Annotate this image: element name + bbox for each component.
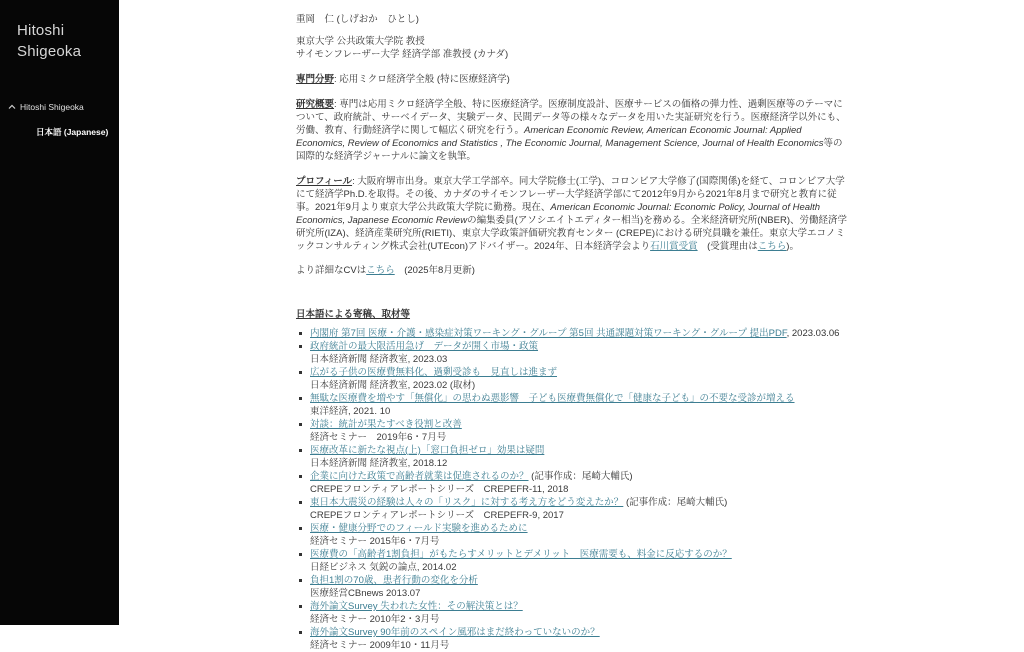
publication-link[interactable]: 政府統計の最大限活用急げ データが開く市場・政策 (310, 341, 538, 352)
publication-source: 東洋経済, 2021. 10 (310, 405, 850, 418)
affiliations: 東京大学 公共政策大学院 教授 サイモンフレーザー大学 経済学部 准教授 (カナ… (296, 35, 850, 61)
publication-link[interactable]: 内閣府 第7回 医療・介護・感染症対策ワーキング・グループ 第5回 共通課題対策… (310, 328, 787, 339)
affiliation-1: 東京大学 公共政策大学院 教授 (296, 35, 850, 48)
publication-item: 医療費の「高齢者1割負担」がもたらすメリットとデメリット 医療需要も、料金に反応… (296, 548, 850, 574)
publication-link[interactable]: 東日本大震災の経験は人々の「リスク」に対する考え方をどう変えたか？ (310, 497, 623, 508)
publication-link[interactable]: 海外論文Survey 失われた女性：その解決策とは？ (310, 601, 523, 612)
publication-item: 海外論文Survey 失われた女性：その解決策とは？ 経済セミナー 2010年2… (296, 600, 850, 625)
profile-text-4: )。 (786, 241, 799, 252)
research-paragraph: 研究概要: 専門は応用ミクロ経済学全般、特に医療経済学。医療制度設計、医療サービ… (296, 98, 850, 163)
publication-link[interactable]: 広がる子供の医療費無料化、過剰受診も 見直しは進まず (310, 367, 557, 378)
prize-reason-link[interactable]: こちら (758, 241, 787, 252)
publication-source: CREPEフロンティアレポートシリーズ CREPEFR-9, 2017 (310, 509, 850, 522)
publication-credit: (記事作成：尾崎大輔氏) (529, 471, 633, 482)
sidebar: Hitoshi Shigeoka Hitoshi Shigeoka 日本語 (J… (0, 0, 119, 625)
publication-source: 経済セミナー 2019年6・7月号 (310, 431, 850, 444)
publication-date: , 2023.03.06 (787, 328, 840, 339)
main-content: 重岡 仁 (しげおか ひとし) 東京大学 公共政策大学院 教授 サイモンフレーザ… (296, 0, 850, 625)
publication-source: 経済セミナー 2015年6・7月号 (310, 535, 850, 548)
sidebar-item-label: Hitoshi Shigeoka (20, 102, 84, 112)
profile-paragraph: プロフィール: 大阪府堺市出身。東京大学工学部卒。同大学院修士(工学)、コロンビ… (296, 175, 850, 253)
ishikawa-prize-link[interactable]: 石川賞受賞 (650, 241, 698, 252)
publication-item: 企業に向けた政策で高齢者就業は促進されるのか？ (記事作成：尾崎大輔氏) CRE… (296, 470, 850, 496)
chevron-up-icon[interactable] (7, 102, 17, 112)
publication-link[interactable]: 負担1割の70歳、患者行動の変化を分析 (310, 575, 478, 586)
publication-source: 医療経営CBnews 2013.07 (310, 587, 850, 600)
publication-source: 日経ビジネス 気鋭の論点, 2014.02 (310, 561, 850, 574)
publication-item: 医療改革に新たな視点(上)「窓口負担ゼロ」効果は疑問 日本経済新聞 経済教室, … (296, 444, 850, 470)
publications-list: 内閣府 第7回 医療・介護・感染症対策ワーキング・グループ 第5回 共通課題対策… (296, 327, 850, 625)
publication-source: 日本経済新聞 経済教室, 2023.03 (310, 353, 850, 366)
publication-item: 医療・健康分野でのフィールド実験を進めるために 経済セミナー 2015年6・7月… (296, 522, 850, 548)
publication-item: 対談：統計が果たすべき役割と改善 経済セミナー 2019年6・7月号 (296, 418, 850, 444)
publication-item: 負担1割の70歳、患者行動の変化を分析 医療経営CBnews 2013.07 (296, 574, 850, 600)
publication-source: 日本経済新聞 経済教室, 2018.12 (310, 457, 850, 470)
cv-link[interactable]: こちら (366, 265, 395, 276)
publication-item: 政府統計の最大限活用急げ データが開く市場・政策 日本経済新聞 経済教室, 20… (296, 340, 850, 366)
publication-source: 経済セミナー 2010年2・3月号 (310, 613, 850, 625)
sidebar-subitem-label: 日本語 (Japanese) (36, 127, 108, 137)
cv-text-1: より詳細なCVは (296, 265, 366, 276)
profile-label: プロフィール (296, 176, 352, 187)
publication-credit: (記事作成：尾崎大輔氏) (623, 497, 727, 508)
specialty-label: 専門分野 (296, 74, 334, 85)
publication-source: CREPEフロンティアレポートシリーズ CREPEFR-11, 2018 (310, 483, 850, 496)
publication-link[interactable]: 医療改革に新たな視点(上)「窓口負担ゼロ」効果は疑問 (310, 445, 544, 456)
site-title[interactable]: Hitoshi Shigeoka (0, 0, 119, 62)
publication-item: 内閣府 第7回 医療・介護・感染症対策ワーキング・グループ 第5回 共通課題対策… (296, 327, 850, 340)
research-label: 研究概要 (296, 99, 334, 110)
publication-link[interactable]: 医療費の「高齢者1割負担」がもたらすメリットとデメリット 医療需要も、料金に反応… (310, 549, 732, 560)
cv-line: より詳細なCVはこちら (2025年8月更新) (296, 264, 850, 277)
sidebar-item-home[interactable]: Hitoshi Shigeoka (0, 98, 119, 116)
sidebar-nav: Hitoshi Shigeoka 日本語 (Japanese) (0, 98, 119, 144)
affiliation-2: サイモンフレーザー大学 経済学部 准教授 (カナダ) (296, 48, 850, 61)
publication-link[interactable]: 無駄な医療費を増やす「無償化」の思わぬ悪影響 子ども医療費無償化で「健康な子ども… (310, 393, 795, 404)
sidebar-item-japanese[interactable]: 日本語 (Japanese) (0, 116, 119, 144)
publication-link[interactable]: 企業に向けた政策で高齢者就業は促進されるのか？ (310, 471, 529, 482)
publication-link[interactable]: 医療・健康分野でのフィールド実験を進めるために (310, 523, 528, 534)
specialty-line: 専門分野: 応用ミクロ経済学全般 (特に医療経済学) (296, 73, 850, 86)
specialty-text: : 応用ミクロ経済学全般 (特に医療経済学) (334, 74, 510, 85)
publication-item: 東日本大震災の経験は人々の「リスク」に対する考え方をどう変えたか？ (記事作成：… (296, 496, 850, 522)
cv-text-2: (2025年8月更新) (395, 265, 475, 276)
publications-heading: 日本語による寄稿、取材等 (296, 308, 850, 321)
publication-source: 日本経済新聞 経済教室, 2023.02 (取材) (310, 379, 850, 392)
publication-item: 広がる子供の医療費無料化、過剰受診も 見直しは進まず 日本経済新聞 経済教室, … (296, 366, 850, 392)
profile-text-3: (受賞理由は (698, 241, 758, 252)
publication-item: 無駄な医療費を増やす「無償化」の思わぬ悪影響 子ども医療費無償化で「健康な子ども… (296, 392, 850, 418)
publication-link[interactable]: 対談：統計が果たすべき役割と改善 (310, 419, 462, 430)
person-name: 重岡 仁 (しげおか ひとし) (296, 13, 850, 26)
